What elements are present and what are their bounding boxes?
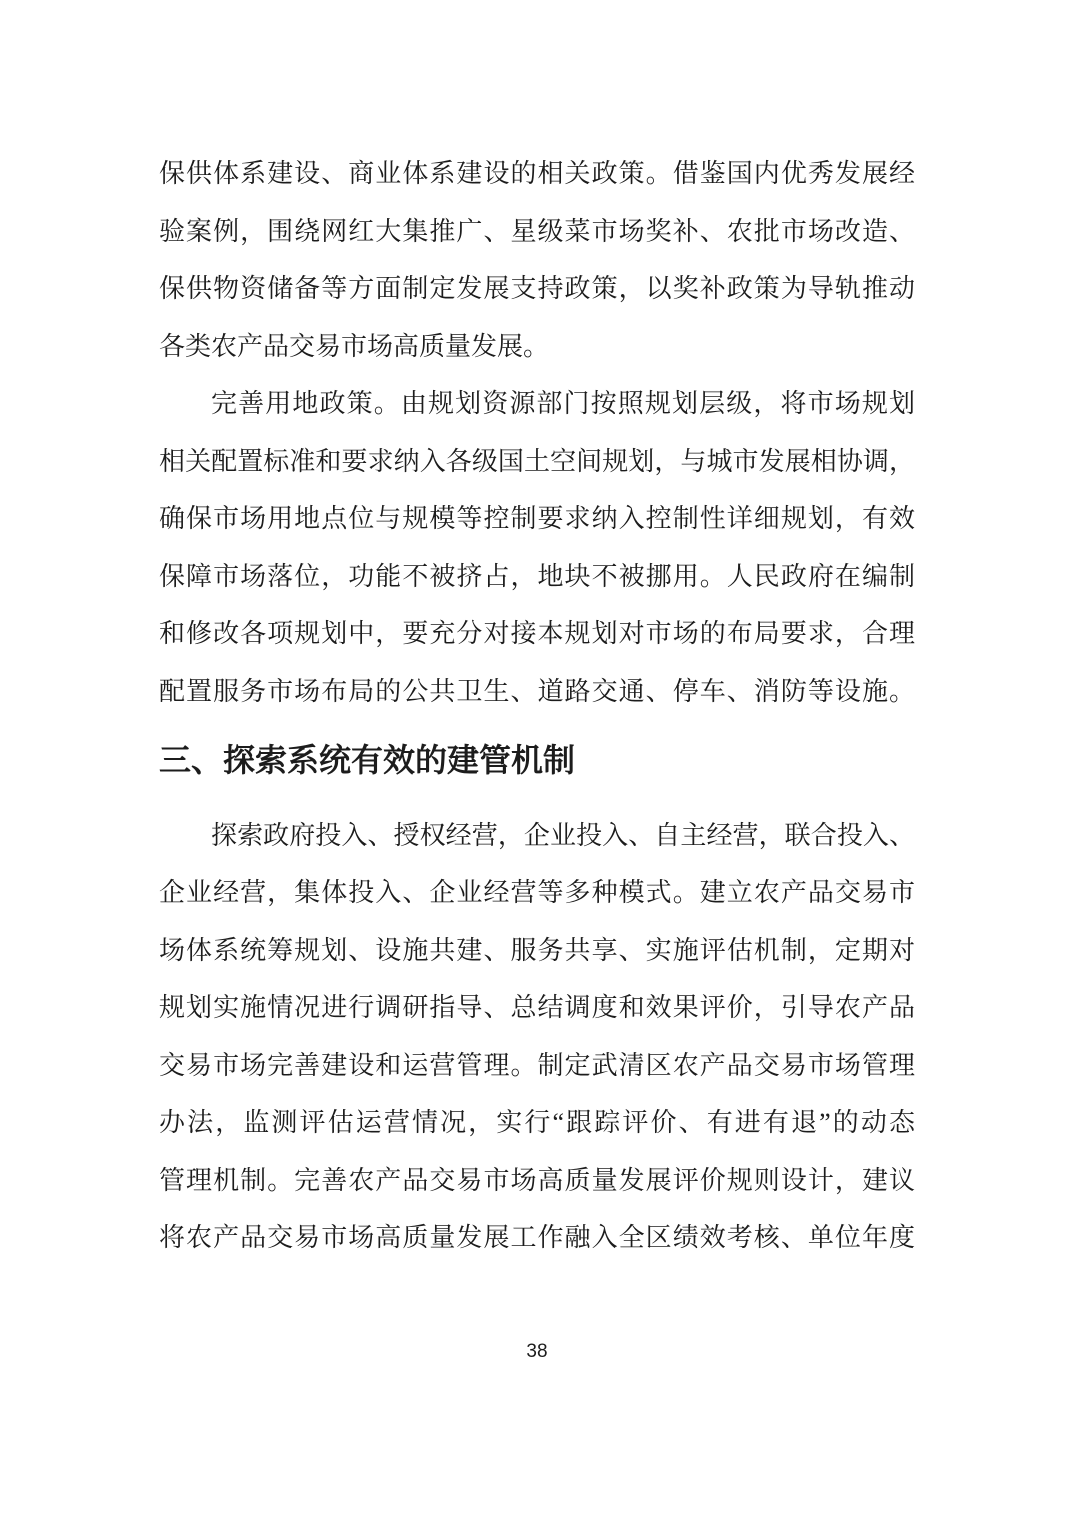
text-line: 验案例，围绕网红大集推广、星级菜市场奖补、农批市场改造、 [159,203,915,261]
text-line: 管理机制。完善农产品交易市场高质量发展评价规则设计，建议 [159,1152,915,1210]
text-line: 交易市场完善建设和运营管理。制定武清区农产品交易市场管理 [159,1037,915,1095]
text-line: 配置服务市场布局的公共卫生、道路交通、停车、消防等设施。 [159,663,915,721]
document-page: 保供体系建设、商业体系建设的相关政策。借鉴国内优秀发展经 验案例，围绕网红大集推… [0,0,1074,1520]
text-line: 将农产品交易市场高质量发展工作融入全区绩效考核、单位年度 [159,1209,915,1267]
paragraph-build-manage-mechanism: 探索政府投入、授权经营，企业投入、自主经营，联合投入、 企业经营，集体投入、企业… [159,807,915,1267]
paragraph-support-policy: 保供体系建设、商业体系建设的相关政策。借鉴国内优秀发展经 验案例，围绕网红大集推… [159,145,915,375]
text-line: 各类农产品交易市场高质量发展。 [159,318,915,376]
text-line: 完善用地政策。由规划资源部门按照规划层级，将市场规划 [159,375,915,433]
body-text: 保供体系建设、商业体系建设的相关政策。借鉴国内优秀发展经 验案例，围绕网红大集推… [159,145,915,1267]
text-line: 相关配置标准和要求纳入各级国土空间规划，与城市发展相协调， [159,433,915,491]
text-line: 场体系统筹规划、设施共建、服务共享、实施评估机制，定期对 [159,922,915,980]
paragraph-land-policy: 完善用地政策。由规划资源部门按照规划层级，将市场规划 相关配置标准和要求纳入各级… [159,375,915,720]
text-line: 和修改各项规划中，要充分对接本规划对市场的布局要求，合理 [159,605,915,663]
text-line: 保供体系建设、商业体系建设的相关政策。借鉴国内优秀发展经 [159,145,915,203]
text-line: 保供物资储备等方面制定发展支持政策，以奖补政策为导轨推动 [159,260,915,318]
section-heading: 三、探索系统有效的建管机制 [159,732,915,790]
text-line: 保障市场落位，功能不被挤占，地块不被挪用。人民政府在编制 [159,548,915,606]
text-line: 办法，监测评估运营情况，实行“跟踪评价、有进有退”的动态 [159,1094,915,1152]
text-line: 企业经营，集体投入、企业经营等多种模式。建立农产品交易市 [159,864,915,922]
text-line: 确保市场用地点位与规模等控制要求纳入控制性详细规划，有效 [159,490,915,548]
text-line: 探索政府投入、授权经营，企业投入、自主经营，联合投入、 [159,807,915,865]
text-line: 规划实施情况进行调研指导、总结调度和效果评价，引导农产品 [159,979,915,1037]
page-number: 38 [0,1340,1074,1364]
